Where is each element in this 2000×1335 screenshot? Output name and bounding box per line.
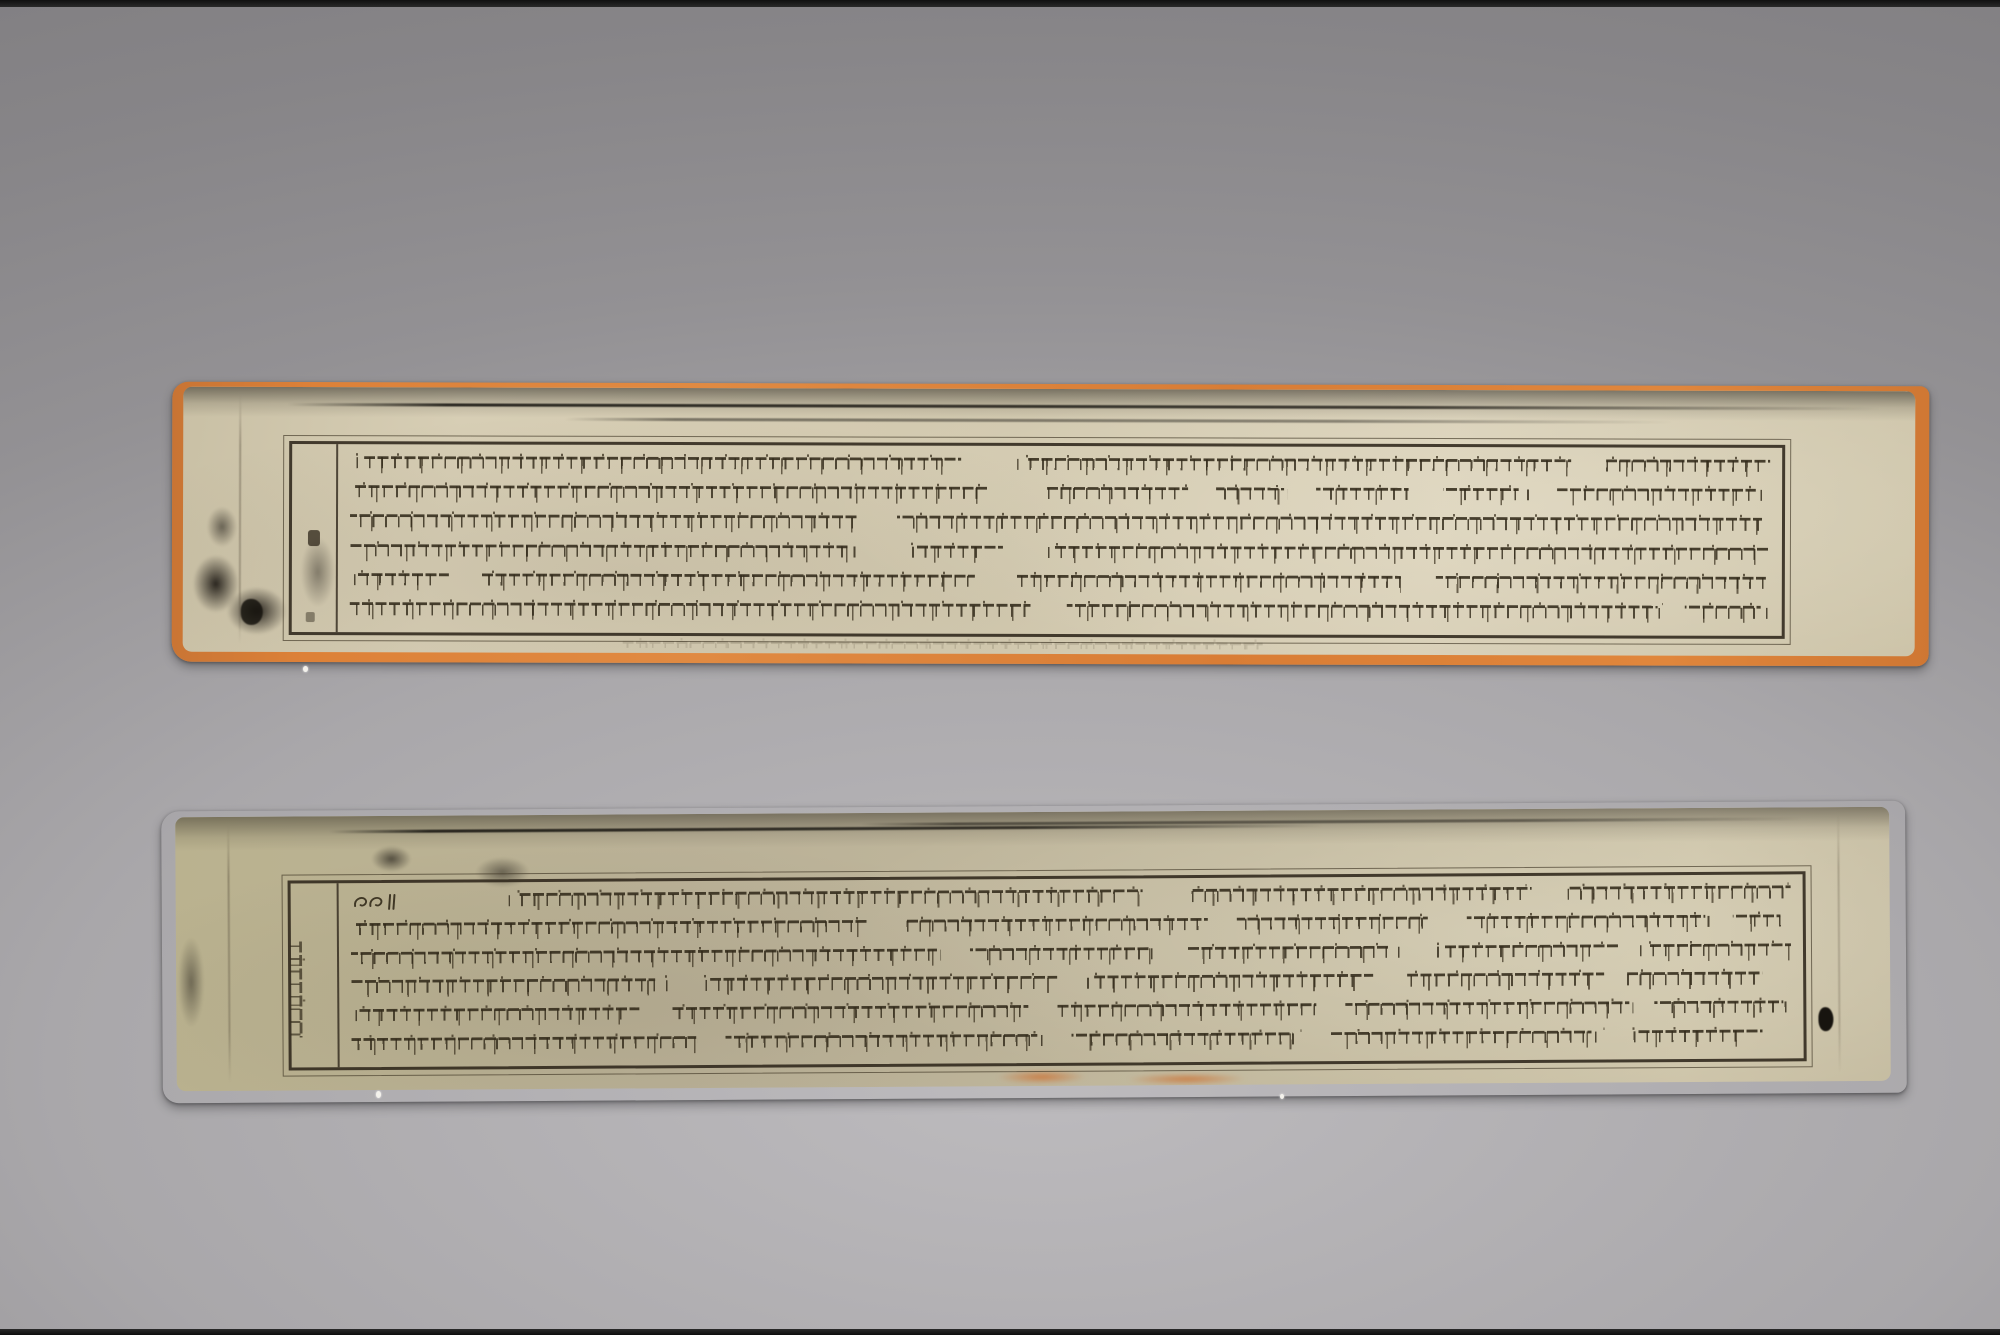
text-gap [1287, 485, 1315, 505]
script-segment [1733, 911, 1791, 931]
script-segment [1443, 485, 1528, 505]
script-segment [970, 944, 1157, 965]
text-gap [668, 975, 697, 995]
text-line [350, 453, 1770, 479]
script-segment [350, 599, 1032, 621]
margin-folio-label [290, 941, 306, 1037]
text-gap [1302, 1029, 1331, 1049]
text-gap [449, 570, 477, 590]
script-segment [1057, 1000, 1316, 1022]
text-gap [861, 513, 897, 533]
text-line [351, 911, 1791, 942]
text-gap [1415, 485, 1443, 505]
script-segment [1654, 997, 1791, 1018]
script-segment [350, 511, 861, 532]
text-line [350, 570, 1770, 596]
script-segment [1216, 484, 1287, 504]
margin-column [292, 444, 338, 632]
script-segment [509, 887, 1143, 911]
text-gap [975, 572, 1018, 592]
text-gap [1401, 573, 1437, 593]
photo-edge-band-bottom [0, 1329, 2000, 1335]
script-segment [350, 482, 989, 504]
folio-paper [175, 807, 1891, 1091]
script-segment [1345, 998, 1633, 1020]
script-segment [897, 513, 1770, 535]
lower-folio [161, 801, 1907, 1104]
text-line [351, 1026, 1791, 1057]
text-gap [861, 542, 904, 562]
text-frame-outer-rule [282, 865, 1813, 1076]
text-line [351, 940, 1791, 971]
text-gap [697, 1032, 726, 1052]
text-gap [989, 484, 1046, 504]
text-gap [961, 454, 1018, 474]
text-gap [1571, 456, 1599, 476]
text-line [351, 997, 1791, 1028]
text-gap [1208, 915, 1237, 935]
text-gap [1157, 944, 1186, 964]
text-gap [1188, 484, 1216, 504]
script-segment [1186, 884, 1532, 906]
script-segment [1467, 912, 1712, 933]
ink-blot [1818, 1007, 1833, 1031]
script-segment [1018, 455, 1572, 476]
text-gap [1712, 912, 1734, 932]
script-segment [668, 1002, 1028, 1024]
script-segment [1086, 971, 1374, 993]
text-gap [1618, 941, 1640, 961]
text-gap [1431, 913, 1467, 933]
script-segment [1431, 941, 1618, 962]
script-segment [1071, 1029, 1302, 1050]
script-segment [1640, 940, 1791, 961]
script-segment [350, 570, 449, 590]
photo-stage [0, 0, 2000, 1335]
text-gap [1043, 1030, 1072, 1050]
text-gap [1028, 1002, 1057, 1022]
script-segment [1046, 484, 1188, 504]
script-segment [1685, 603, 1770, 623]
text-line [350, 599, 1770, 625]
white-speck [376, 1091, 381, 1098]
script-segment [351, 1004, 639, 1026]
script-segment [1017, 572, 1400, 593]
script-segment [1626, 1026, 1763, 1047]
photo-edge-band-top [0, 0, 2000, 7]
script-segment [351, 945, 942, 969]
text-gap [1143, 886, 1186, 906]
script-segment [351, 917, 870, 940]
script-segment [726, 1031, 1043, 1053]
text-gap [1604, 1027, 1626, 1047]
script-segment [1316, 485, 1415, 505]
white-speck [303, 666, 308, 672]
script-segment [1600, 456, 1770, 476]
ink-blot [241, 599, 263, 625]
script-segment [904, 542, 1003, 562]
ink-smear [207, 507, 237, 547]
script-segment [350, 541, 861, 562]
text-line [351, 969, 1791, 1000]
text-gap [1003, 543, 1046, 563]
text-frame [289, 441, 1786, 639]
script-segment [1236, 914, 1431, 935]
script-segment [351, 976, 668, 998]
script-segment [351, 1033, 697, 1055]
text-gap [1402, 942, 1431, 962]
text-frame [288, 871, 1807, 1070]
text-block [339, 874, 1804, 1067]
text-gap [1057, 973, 1086, 993]
ink-smear [371, 846, 411, 872]
script-segment [478, 570, 975, 591]
text-gap [1374, 971, 1403, 991]
yig-mgo-glyph [351, 891, 402, 913]
text-gap [869, 917, 905, 937]
text-gap [1633, 998, 1655, 1018]
text-gap [1604, 970, 1626, 990]
ink-smear [178, 937, 205, 1027]
text-line [350, 482, 1770, 508]
text-block [338, 444, 1782, 636]
text-gap [1316, 1000, 1345, 1020]
script-segment [1067, 601, 1663, 623]
text-gap [401, 891, 509, 912]
text-gap [1031, 601, 1067, 621]
script-segment [905, 915, 1208, 937]
yig-mgo-ornament [351, 891, 402, 911]
script-segment [1436, 573, 1770, 594]
script-segment [1402, 970, 1604, 991]
script-segment [1046, 543, 1770, 565]
margin-mark [306, 612, 315, 622]
text-gap [1663, 603, 1684, 623]
text-gap [941, 945, 970, 965]
text-line [350, 541, 1770, 567]
text-gap [1529, 485, 1557, 505]
margin-mark [308, 530, 320, 546]
script-segment [1567, 883, 1790, 904]
text-line [351, 883, 1791, 914]
text-gap [639, 1004, 668, 1024]
white-speck [1280, 1094, 1284, 1099]
script-segment [350, 453, 961, 475]
script-segment [1557, 485, 1770, 506]
text-frame-outer-rule [283, 435, 1792, 645]
text-gap [1531, 884, 1567, 904]
margin-column [291, 883, 340, 1067]
text-line [350, 511, 1770, 537]
folio-paper [183, 387, 1916, 657]
script-segment [697, 973, 1057, 995]
script-segment [1331, 1027, 1605, 1049]
upper-folio [172, 382, 1930, 667]
script-segment [1186, 942, 1402, 963]
script-segment [1625, 969, 1762, 990]
